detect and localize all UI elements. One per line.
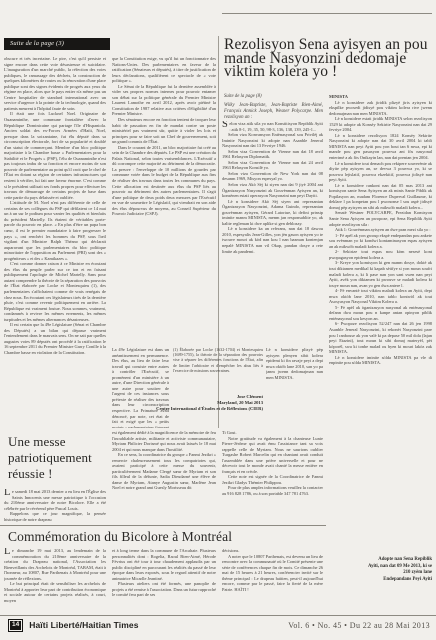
paragraph: Des sénateurs encore en fonction tentent… xyxy=(112,117,216,145)
paragraph: Atik 1: Gouvènman ayisyen an dwe pran me… xyxy=(329,227,432,233)
paragraph: Dans le courant de 2011, un bloc majorit… xyxy=(112,145,216,217)
paragraph: Lè n konsidere Akò Sèj siyen ant repreza… xyxy=(222,199,323,227)
paragraph: Senatè Westner POLYCARPE, Prezidan Komis… xyxy=(329,210,432,227)
paragraph: A noter que le 10807 Parthenais, est dev… xyxy=(222,554,323,593)
paragraph: Il était une fois Lucknel Noel. Originai… xyxy=(4,111,106,200)
paragraph: Le Sénat de la République fut la dernièr… xyxy=(112,84,216,117)
paragraph: Selon viza Convention de Vienne nan dat … xyxy=(222,160,323,171)
drop-cap: L xyxy=(4,489,12,498)
lead-paragraph: Le samedi 18 mai 2013 dernier a eu lieu … xyxy=(4,489,106,511)
paragraph: Lè n konsidere zak jiridik plizyè jiris … xyxy=(329,100,432,117)
top-right-rule xyxy=(222,13,432,14)
section-rule xyxy=(0,525,326,526)
paragraph: que la Constitution exige, vu qu'il fut … xyxy=(112,56,216,84)
paragraph: Lè n konsidere rankont nan dat 05 mas 20… xyxy=(329,183,432,211)
paragraph: Pour de plus amples informations veuille… xyxy=(222,485,323,496)
paragraph-list: Le but principal était de sensibiliser l… xyxy=(4,581,106,603)
footer-rule xyxy=(0,615,436,616)
adoption-line: 210 zyèm lane xyxy=(329,570,432,577)
left-article-column-2-continuation: La 49e Législature est dans un anéantiss… xyxy=(112,347,169,428)
lead-text: e dimanche 19 mai 2013, au lendemain de … xyxy=(4,548,106,581)
continuation-tag-page8: Suite de la page (8) xyxy=(224,94,324,100)
bicolore-column-1: Le dimanche 19 mai 2013, au lendemain de… xyxy=(4,548,106,612)
resolution-column-2: MINISTA Lè n konsidere zak jiridik plizy… xyxy=(329,94,432,554)
left-article-column-1: obscure et très incertaine. Le pire, c'e… xyxy=(4,56,106,428)
adoption-line: Ayiti, nan dat 09 Me 2013, ki se xyxy=(329,564,432,571)
paragraph: 4- Fè envantè tout viktim maladi kolera … xyxy=(329,288,432,305)
paragraph: obscure et très incertaine. Le pire, c'e… xyxy=(4,56,106,111)
bicolore-column-2: et à long terme dans la commune de l'Arc… xyxy=(112,548,216,612)
paragraph: Lè n konsidere rezolisyon 1824 Konsèy Se… xyxy=(329,133,432,161)
author-signature: Jose Clément Maryland, 20 Mai 2013 Centr… xyxy=(155,394,263,413)
lead-paragraph: Le dimanche 19 mai 2013, au lendemain de… xyxy=(4,548,106,581)
paragraph: 3- Kreye yon komisyon ki gen manm dosye,… xyxy=(329,260,432,288)
paragraph-list: Lè n konsidere zak jiridik plizyè jiris … xyxy=(329,100,432,366)
messe-column-3: Ti Gout.Notre gratitude va également à l… xyxy=(222,430,323,522)
issue-info: Vol. 6 • No. 45 • Du 22 au 28 Mai 2013 xyxy=(288,621,430,630)
adoption-line: Endepandans Peyi Ayiti xyxy=(329,577,432,584)
footer-left: 14 Haïti Liberté/Haitian Times xyxy=(8,619,139,632)
bicolore-column-3: décisions.A noter que le 10807 Parthenai… xyxy=(222,548,323,612)
paragraph: 1- Fè apèl ak yon gwoup ekspè endepandan… xyxy=(329,233,432,250)
resolution-column-1: Selon viza atik sila yo nan Konstitisyon… xyxy=(222,121,323,344)
paragraph: Il est certain que la 49e Législature (S… xyxy=(4,322,106,355)
paragraph: Notre gratitude va également à la chante… xyxy=(222,436,323,475)
lead-text: e samedi 18 mai 2013 dernier a eu lieu e… xyxy=(4,489,106,511)
paragraph: Le but principal était de sensibiliser l… xyxy=(4,581,106,603)
messe-column-2: est également dédié à la magnificence de… xyxy=(112,430,216,522)
left-article-column-2: que la Constitution exige, vu qu'il fut … xyxy=(112,56,216,344)
paragraph: Lè n konsidere plizyè pèp ayisyen plenye… xyxy=(266,347,323,380)
paragraph: C'est comme donner raison à ce Ministre … xyxy=(4,261,106,322)
paragraph-list: Rappelons que ce jour magnifique, la pen… xyxy=(4,511,106,522)
bicolore-headline: Commémoration du Bicolore à Montréal xyxy=(8,529,320,544)
paragraph: 5- Fè apèl ak òganizasyon nasyonal ak en… xyxy=(329,305,432,322)
paragraph: Cette note est signée de la Coordinatric… xyxy=(222,474,323,485)
paragraph: Lè n konsidere ka an referans, nan dat 1… xyxy=(222,226,323,254)
newspaper-page: Suite de la page (3) obscure et très inc… xyxy=(0,0,436,640)
paragraph: En ce sens, la coordinatrice du groupe «… xyxy=(112,452,216,491)
paragraph: et à long terme dans la commune de l'Arc… xyxy=(112,548,216,581)
resolution-byline: Wilky Jean-Baptiste, Jean-Baptiste Bien-… xyxy=(224,103,323,122)
messe-headline: Une messe patriotiquement réussie ! xyxy=(8,434,108,482)
continuation-tag-page3: Suite de la page (3) xyxy=(4,38,110,50)
signature-org: Centre International d'Études et de Réfl… xyxy=(155,406,263,412)
resolution-headline: Rezolisyon Sena ayisyen an pou mande Nas… xyxy=(224,38,430,79)
resolution-column-1-continuation: Lè n konsidere plizyè pèp ayisyen plenye… xyxy=(266,347,323,426)
paragraph: Lè n konsidere estati jiridik MINISTA se… xyxy=(329,116,432,133)
lead-text: elon viza atik sila yo nan Konstitisyon … xyxy=(229,121,323,132)
adoption-note: Adopte nan Sena Repiblik Ayiti, nan dat … xyxy=(329,557,432,584)
paragraph: 6- Pwopoze rezolisyon 52/247 nan dat 26 … xyxy=(329,321,432,354)
paragraph: Selon viza Akò Sèj ki siyen nan dat 9 ji… xyxy=(222,182,323,199)
paragraph: Selon viza Convention de New York nan da… xyxy=(222,171,323,182)
paper-name: Haïti Liberté/Haitian Times xyxy=(29,620,138,630)
paragraph: La 49e Législature est dans un anéantiss… xyxy=(112,347,169,428)
paragraph-list: Selon viza Konvansyon Entènasyonal sou P… xyxy=(222,132,323,254)
paragraph: 2- Sekirize tout espas nou kòm nesesè ko… xyxy=(329,249,432,260)
page-number-badge: 14 xyxy=(8,619,23,632)
paragraph: Selon viza Convention de Vienne nan dat … xyxy=(222,149,323,160)
paragraph: Rappelons que ce jour magnifique, la pen… xyxy=(4,511,106,522)
adoption-line: Adopte nan Sena Repiblik xyxy=(329,557,432,564)
paragraph: Plusieurs ateliers ont été formés, une p… xyxy=(112,581,216,598)
drop-cap: L xyxy=(4,548,12,557)
paragraph: est également dédié à la magnificence de… xyxy=(112,430,216,452)
paragraph: L'attitude de M. Noel n'est pas différen… xyxy=(4,200,106,261)
paragraph: Selon viza Konvansyon Entènasyonal sou P… xyxy=(222,132,323,149)
footnote: (1) Élaborée par Locke (1632-1704) et Mo… xyxy=(173,347,263,392)
paragraph: Lè n konsidere iminite sòlda MINISTA pa … xyxy=(329,355,432,366)
lead-paragraph: Selon viza atik sila yo nan Konstitisyon… xyxy=(222,121,323,132)
messe-column-1: Le samedi 18 mai 2013 dernier a eu lieu … xyxy=(4,489,106,522)
paragraph: Lè n konsidere tout demach pou rekipere … xyxy=(329,161,432,183)
